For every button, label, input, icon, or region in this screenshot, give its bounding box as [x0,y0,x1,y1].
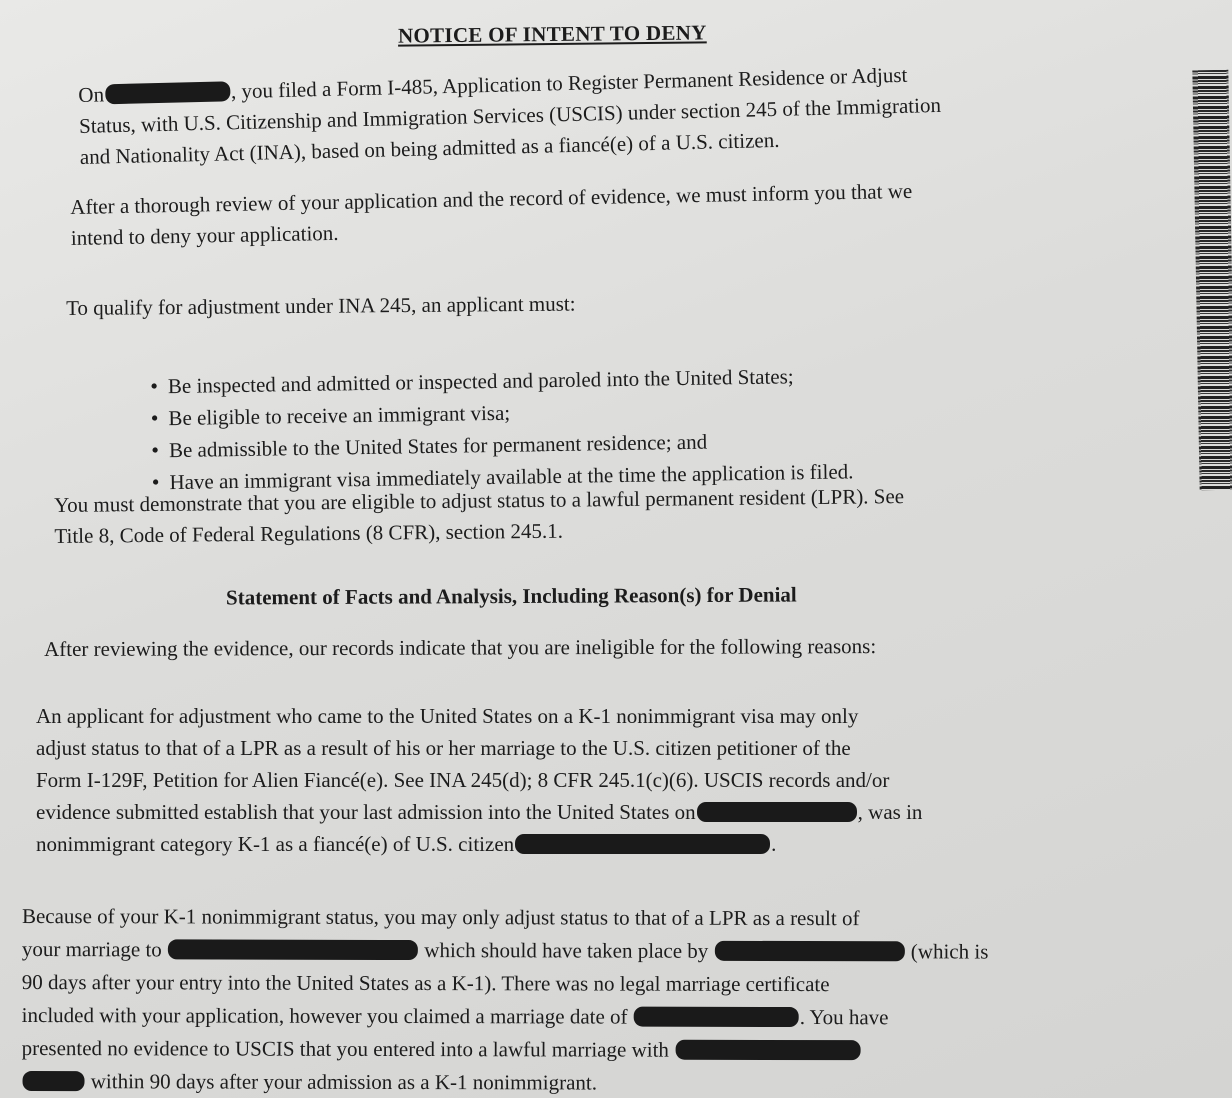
notice-document: NOTICE OF INTENT TO DENY On, you filed a… [0,0,1232,1098]
paragraph-qualify: To qualify for adjustment under INA 245,… [66,289,576,324]
document-title: NOTICE OF INTENT TO DENY [398,20,707,48]
paragraph-intent: After a thorough review of your applicat… [70,176,913,254]
paragraph-marriage: Because of your K-1 nonimmigrant status,… [21,900,988,1098]
barcode [1192,70,1232,491]
redaction-spouse-name [168,939,418,960]
redaction-spouse-name-3 [22,1071,84,1091]
redaction-admission-date [697,802,857,822]
requirements-list: Be inspected and admitted or inspected a… [110,359,854,499]
paragraph-k1-analysis: An applicant for adjustment who came to … [36,700,922,860]
paragraph-eligibility: You must demonstrate that you are eligib… [54,481,905,552]
redaction-spouse-name-2 [675,1040,860,1060]
redaction-marriage-date [634,1007,799,1027]
paragraph-filing: On, you filed a Form I-485, Application … [78,59,942,173]
redaction-deadline-date [715,941,905,961]
paragraph-ineligible: After reviewing the evidence, our record… [44,631,876,665]
section-heading: Statement of Facts and Analysis, Includi… [226,583,797,611]
redaction-petitioner-name [515,834,770,854]
redaction-filing-date [105,81,230,104]
